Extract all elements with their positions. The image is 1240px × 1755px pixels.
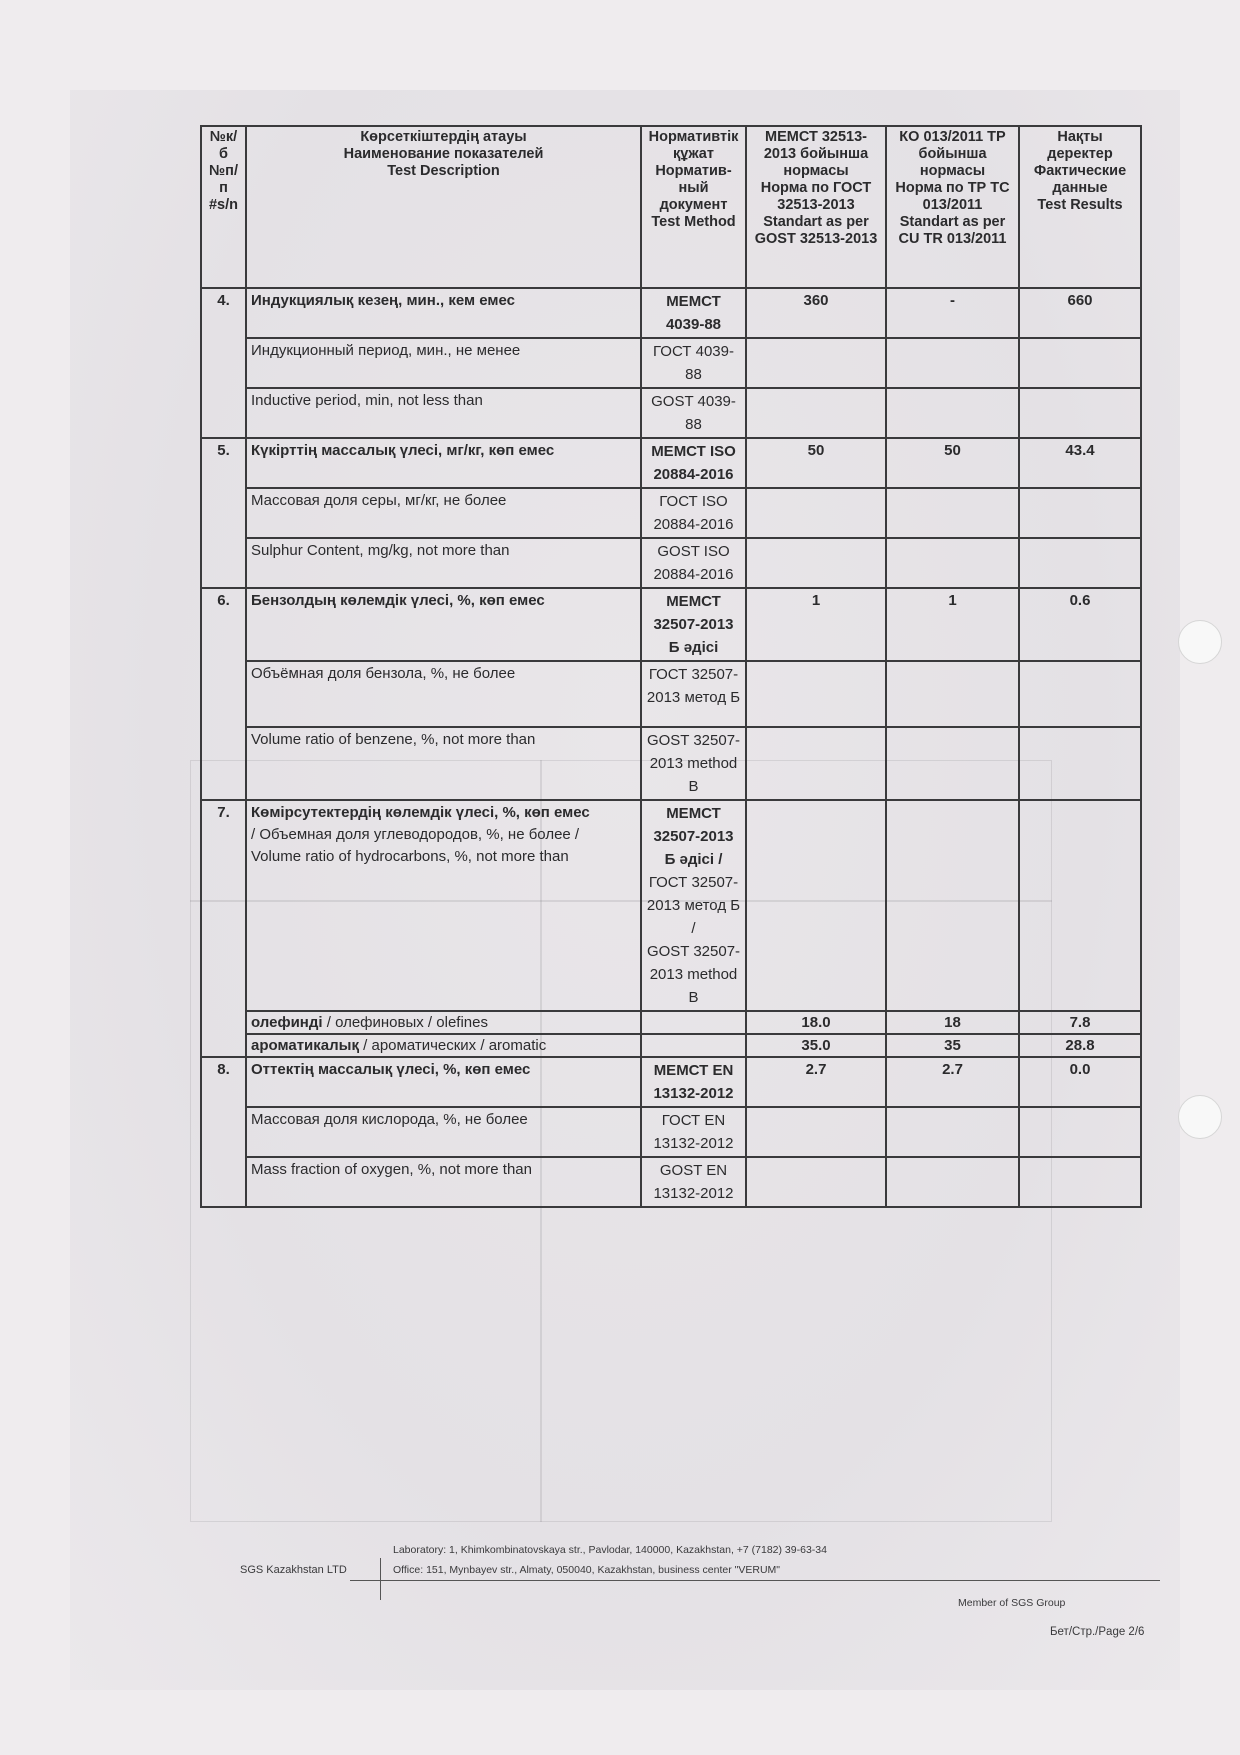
table-subrow-aromatic: ароматикалық / ароматических / aromatic … [201,1034,1141,1057]
method-en: GOST 32507-2013 method B [646,940,741,1009]
empty-cell [746,388,886,438]
subrow-label-rest: / ароматических / aromatic [359,1037,546,1054]
tr-norm-value: 50 [886,438,1019,488]
row-number: 4. [201,288,246,438]
empty-cell [1019,1107,1141,1157]
result-value: 7.8 [1019,1011,1141,1034]
empty-cell [886,538,1019,588]
method-ru: ГОСТ 32507-2013 метод Б / [646,871,741,940]
description-en: Mass fraction of oxygen, %, not more tha… [246,1157,641,1207]
description-en: Volume ratio of benzene, %, not more tha… [246,727,641,800]
tr-norm-value: 2.7 [886,1057,1019,1107]
tr-norm-value: 35 [886,1034,1019,1057]
page-number: Бет/Стр./Page 2/6 [1050,1626,1144,1638]
table-row: Sulphur Content, mg/kg, not more than GO… [201,538,1141,588]
description-ru: Индукционный период, мин., не менее [246,338,641,388]
method-en: GOST 32507-2013 method B [641,727,746,800]
method-ru: ГОСТ ISO 20884-2016 [641,488,746,538]
gost-norm-value: 35.0 [746,1034,886,1057]
method-kz: МЕМСТ 32507-2013 Б әдісі [641,588,746,661]
footer-divider-horizontal [350,1580,1160,1581]
description-ru: Массовая доля кислорода, %, не более [246,1107,641,1157]
empty-cell [1019,388,1141,438]
description-ru: Массовая доля серы, мг/кг, не более [246,488,641,538]
result-value: 0.6 [1019,588,1141,661]
empty-cell [746,1157,886,1207]
table-subrow-olefines: олефинді / олефиновых / olefines 18.0 18… [201,1011,1141,1034]
empty-cell [746,538,886,588]
description-trilingual: Көмірсутектердің көлемдік үлесі, %, көп … [246,800,641,1011]
punch-hole [1178,1095,1222,1139]
header-test-method: Нормативтік құжат Норматив-ный документ … [641,126,746,288]
empty-cell [746,1107,886,1157]
table-row: 4. Индукциялық кезең, мин., кем емес МЕМ… [201,288,1141,338]
method-en: GOST EN 13132-2012 [641,1157,746,1207]
description-kz: Бензолдың көлемдік үлесі, %, көп емес [246,588,641,661]
tr-norm-value: 18 [886,1011,1019,1034]
method-kz: МЕМСТ EN 13132-2012 [641,1057,746,1107]
subrow-label-rest: / олефиновых / olefines [323,1014,488,1031]
method-kz: МЕМСТ 32507-2013 Б әдісі / [646,802,741,871]
empty-cell [1019,661,1141,727]
method-trilingual: МЕМСТ 32507-2013 Б әдісі / ГОСТ 32507-20… [641,800,746,1011]
row-number: 5. [201,438,246,588]
row-number: 8. [201,1057,246,1207]
empty-cell [1019,800,1141,1011]
table-row: 6. Бензолдың көлемдік үлесі, %, көп емес… [201,588,1141,661]
empty-cell [746,727,886,800]
footer-company-name: SGS Kazakhstan LTD [240,1564,347,1576]
empty-cell [641,1011,746,1034]
row-number: 6. [201,588,246,800]
empty-cell [886,388,1019,438]
table-row: Inductive period, min, not less than GOS… [201,388,1141,438]
method-kz: МЕМСТ 4039-88 [641,288,746,338]
gost-norm-value: 1 [746,588,886,661]
description-kz: Оттектің массалық үлесі, %, көп емес [246,1057,641,1107]
empty-cell [886,488,1019,538]
header-serial-number: №к/б №п/п #s/n [201,126,246,288]
table-row: 8. Оттектің массалық үлесі, %, көп емес … [201,1057,1141,1107]
method-en: GOST ISO 20884-2016 [641,538,746,588]
table-row: Массовая доля кислорода, %, не более ГОС… [201,1107,1141,1157]
empty-cell [1019,538,1141,588]
tr-norm-value: 1 [886,588,1019,661]
empty-cell [1019,338,1141,388]
table-row: 7. Көмірсутектердің көлемдік үлесі, %, к… [201,800,1141,1011]
result-value: 28.8 [1019,1034,1141,1057]
tr-norm-value: - [886,288,1019,338]
punch-hole [1178,620,1222,664]
table-row: 5. Күкірттің массалық үлесі, мг/кг, көп … [201,438,1141,488]
header-test-results: Нақты деректер Фактические данные Test R… [1019,126,1141,288]
gost-norm-value: 18.0 [746,1011,886,1034]
result-value: 660 [1019,288,1141,338]
table-row: Объёмная доля бензола, %, не более ГОСТ … [201,661,1141,727]
method-ru: ГОСТ 4039-88 [641,338,746,388]
empty-cell [746,488,886,538]
subrow-label-kz: ароматикалық [251,1037,359,1054]
empty-cell [1019,727,1141,800]
empty-cell [886,727,1019,800]
result-value: 43.4 [1019,438,1141,488]
description-en: Inductive period, min, not less than [246,388,641,438]
empty-cell [641,1034,746,1057]
header-test-description: Көрсеткіштердің атауы Наименование показ… [246,126,641,288]
empty-cell [886,1157,1019,1207]
description-kz: Индукциялық кезең, мин., кем емес [246,288,641,338]
footer-laboratory-address: Laboratory: 1, Khimkombinatovskaya str.,… [393,1544,827,1556]
empty-cell [886,338,1019,388]
footer-office-address: Office: 151, Mynbayev str., Almaty, 0500… [393,1564,780,1576]
empty-cell [886,1107,1019,1157]
empty-cell [886,800,1019,1011]
method-ru: ГОСТ EN 13132-2012 [641,1107,746,1157]
result-value: 0.0 [1019,1057,1141,1107]
gost-norm-value: 50 [746,438,886,488]
table-row: Индукционный период, мин., не менее ГОСТ… [201,338,1141,388]
gost-norm-value: 2.7 [746,1057,886,1107]
empty-cell [746,661,886,727]
description-kz: Күкірттің массалық үлесі, мг/кг, көп еме… [246,438,641,488]
description-en: Sulphur Content, mg/kg, not more than [246,538,641,588]
table-header-row: №к/б №п/п #s/n Көрсеткіштердің атауы Наи… [201,126,1141,288]
table-row: Mass fraction of oxygen, %, not more tha… [201,1157,1141,1207]
empty-cell [886,661,1019,727]
method-en: GOST 4039-88 [641,388,746,438]
empty-cell [746,800,886,1011]
subrow-label: олефинді / олефиновых / olefines [246,1011,641,1034]
subrow-label: ароматикалық / ароматических / aromatic [246,1034,641,1057]
empty-cell [1019,488,1141,538]
footer-member-of-group: Member of SGS Group [958,1597,1065,1609]
gost-norm-value: 360 [746,288,886,338]
header-gost-norm: МЕМСТ 32513-2013 бойынша нормасы Норма п… [746,126,886,288]
footer-divider-vertical [380,1558,381,1600]
description-ru: Объёмная доля бензола, %, не более [246,661,641,727]
header-tr-norm: КО 013/2011 ТР бойынша нормасы Норма по … [886,126,1019,288]
table-row: Volume ratio of benzene, %, not more tha… [201,727,1141,800]
method-ru: ГОСТ 32507-2013 метод Б [641,661,746,727]
subrow-label-kz: олефинді [251,1014,323,1031]
test-results-table: №к/б №п/п #s/n Көрсеткіштердің атауы Наи… [200,125,1142,1208]
description-en: Volume ratio of hydrocarbons, %, not mor… [251,846,636,868]
description-kz: Көмірсутектердің көлемдік үлесі, %, көп … [251,802,636,824]
description-ru: / Объемная доля углеводородов, %, не бол… [251,824,636,846]
row-number: 7. [201,800,246,1057]
empty-cell [746,338,886,388]
table-row: Массовая доля серы, мг/кг, не более ГОСТ… [201,488,1141,538]
method-kz: МЕМСТ ISO 20884-2016 [641,438,746,488]
empty-cell [1019,1157,1141,1207]
